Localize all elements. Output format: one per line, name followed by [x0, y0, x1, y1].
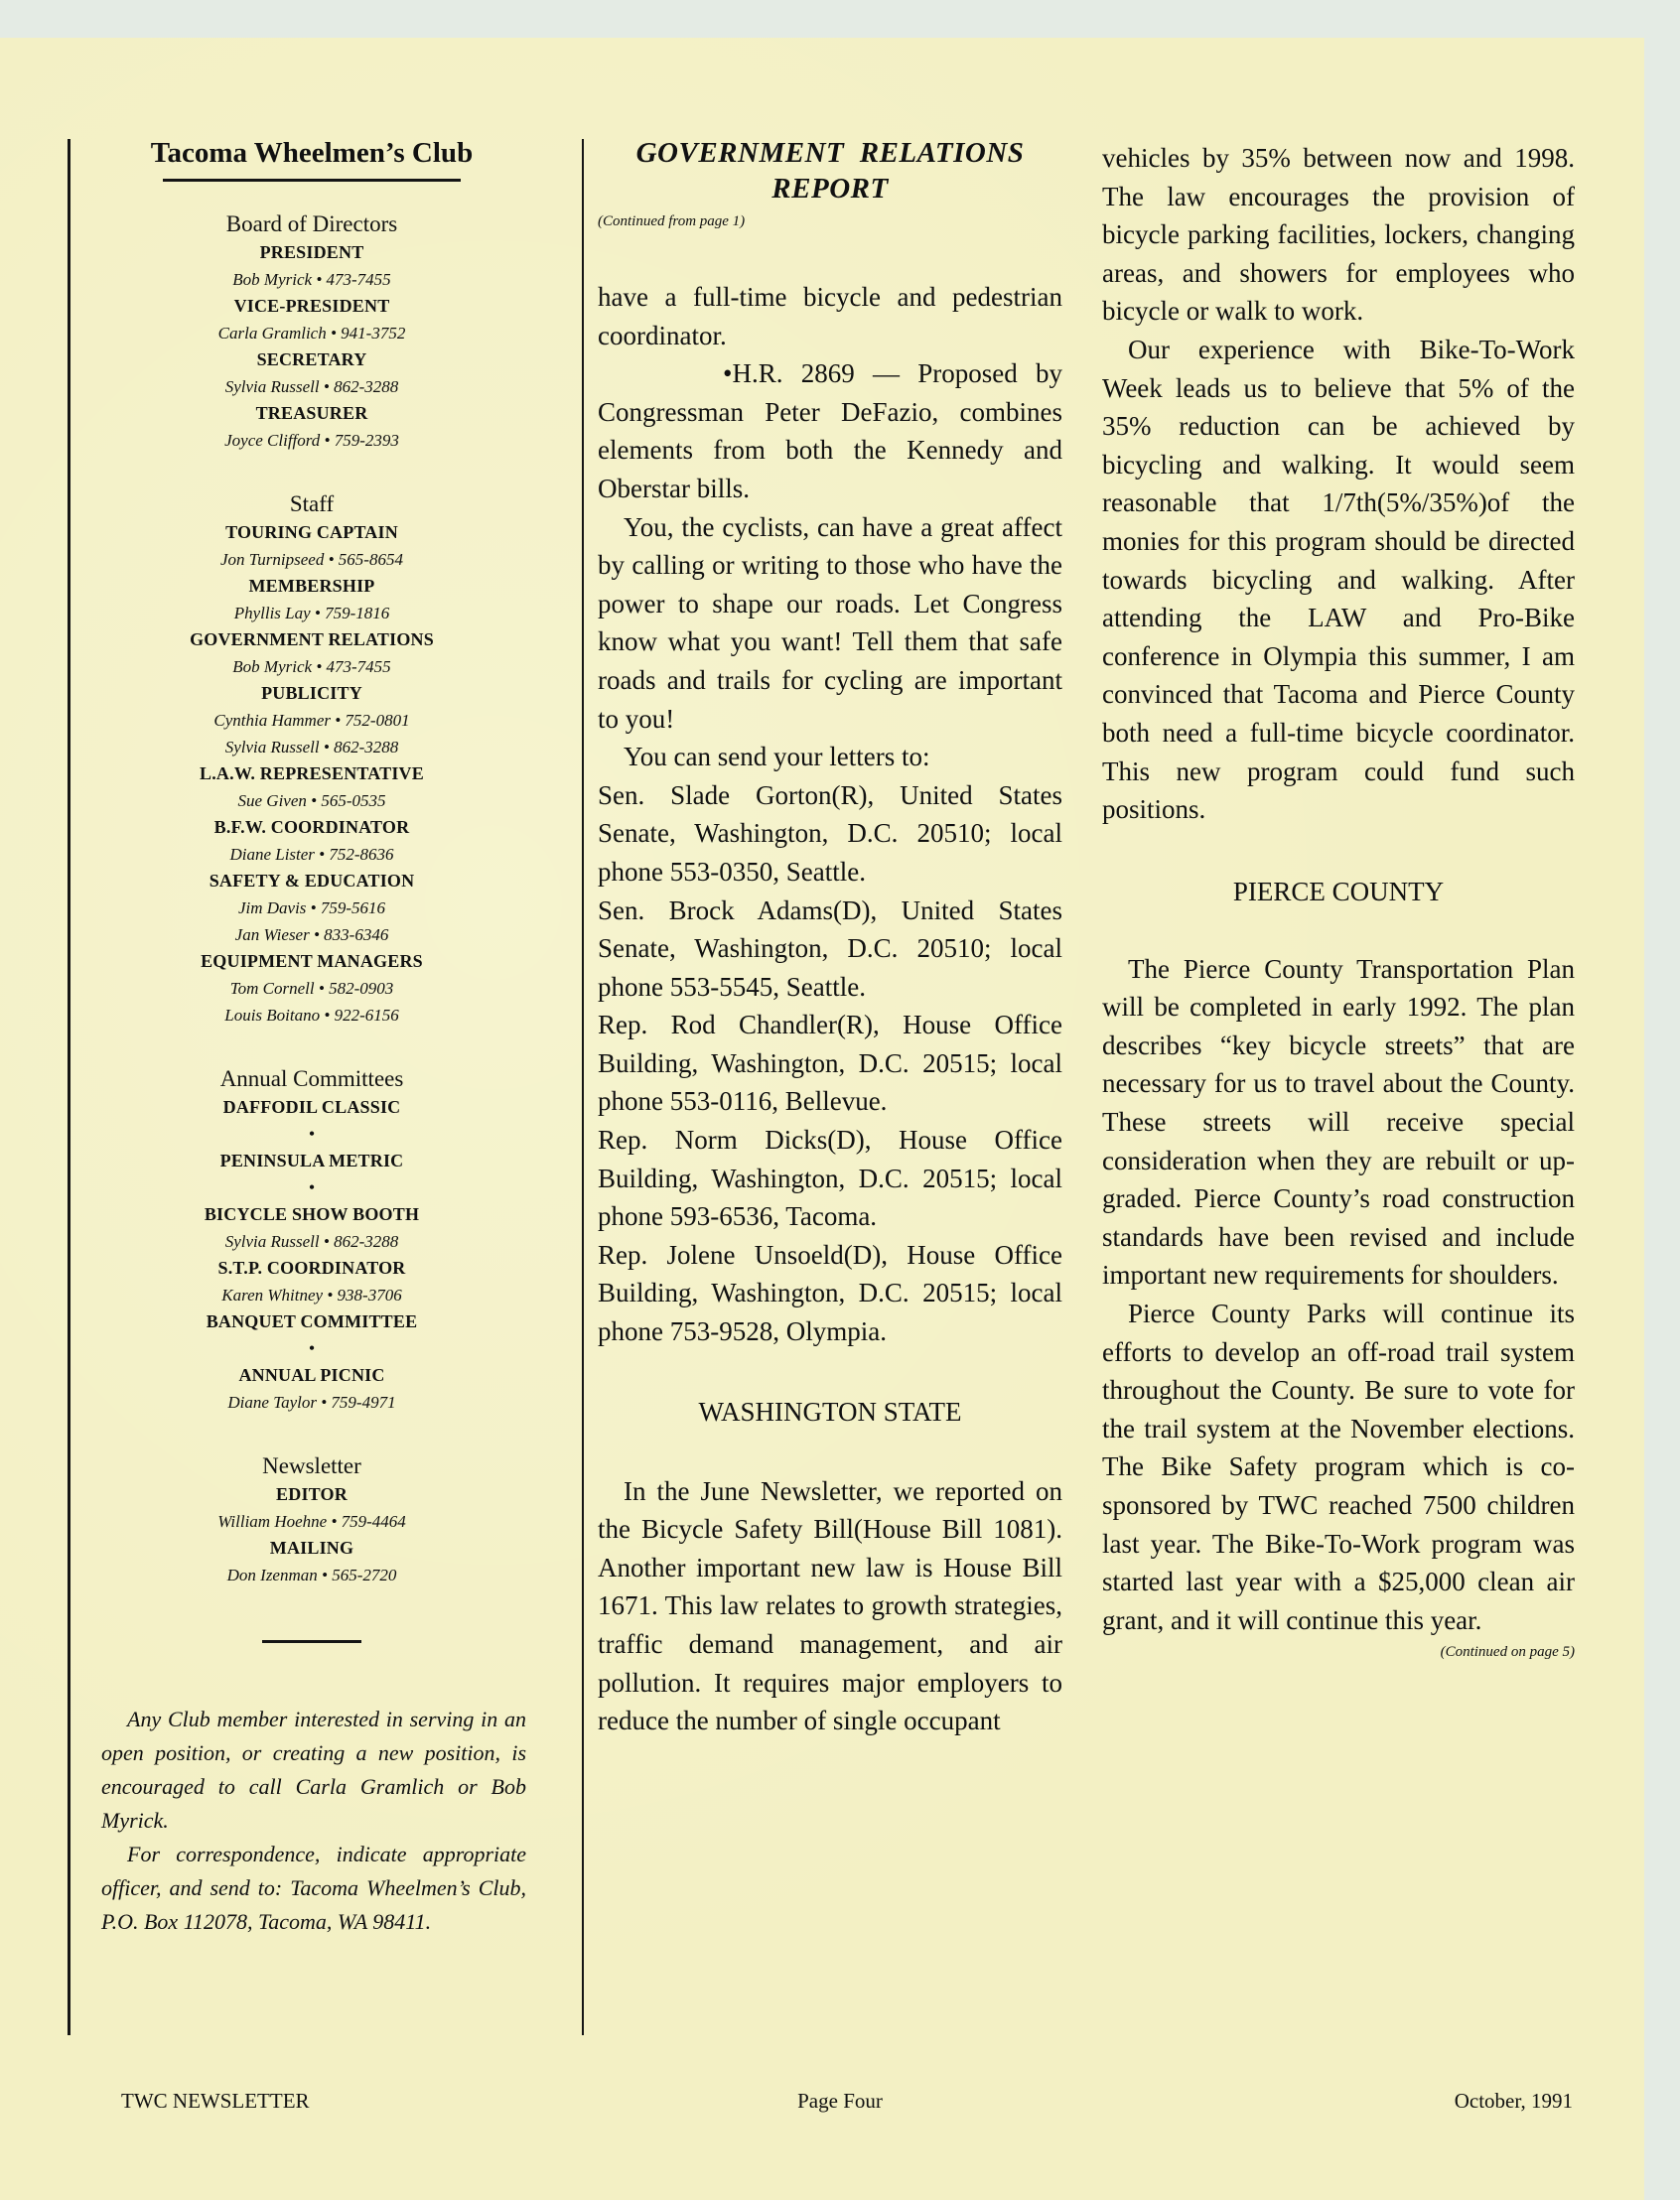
article-paragraph: •H.R. 2869 — Proposed by Congressman Pet… — [598, 354, 1062, 507]
article-title-line1: GOVERNMENT RELATIONS — [636, 137, 1025, 169]
directory-role: EDITOR — [93, 1481, 530, 1508]
section-divider — [262, 1640, 361, 1643]
correspondence-note: For correspondence, indicate appropriate… — [101, 1838, 526, 1939]
directory-role: VICE-PRESIDENT — [93, 293, 530, 320]
article-paragraph: vehicles by 35% between now and 1998. Th… — [1102, 139, 1575, 331]
article-paragraph: have a full-time bicycle and pedestrian … — [598, 278, 1062, 354]
directory-role: PRESIDENT — [93, 239, 530, 266]
directory-role: SECRETARY — [93, 346, 530, 373]
directory-contact: Bob Myrick • 473-7455 — [93, 653, 530, 680]
directory-role: PENINSULA METRIC — [93, 1148, 530, 1174]
directory-contact: Bob Myrick • 473-7455 — [93, 266, 530, 293]
left-column-rule — [68, 139, 70, 2035]
directory-role: S.T.P. COORDINATOR — [93, 1255, 530, 1282]
directory-contact: Jan Wieser • 833-6346 — [93, 921, 530, 948]
article-paragraph: You can send your letters to: — [598, 738, 1062, 776]
directory-contact: Diane Taylor • 759-4971 — [93, 1389, 530, 1416]
article-column-2: vehicles by 35% between now and 1998. Th… — [1102, 139, 1575, 1663]
directory-role: SAFETY & EDUCATION — [93, 868, 530, 894]
directory-contact: Sylvia Russell • 862-3288 — [93, 734, 530, 760]
article-paragraph: You, the cyclists, can have a great affe… — [598, 508, 1062, 739]
pierce-county-heading: PIERCE COUNTY — [1102, 873, 1575, 910]
washington-state-heading: WASHINGTON STATE — [598, 1393, 1062, 1431]
pierce-county-body: The Pierce County Transportation Plan wi… — [1102, 950, 1575, 1640]
directory-contact: Diane Lister • 752-8636 — [93, 841, 530, 868]
continued-on-note: (Continued on page 5) — [1102, 1641, 1575, 1663]
directory-role: L.A.W. REPRESENTATIVE — [93, 760, 530, 787]
article-paragraph: Sen. Brock Adams(D), United States Senat… — [598, 892, 1062, 1007]
directory-contact: Cynthia Hammer • 752-0801 — [93, 707, 530, 734]
directory-contact: Phyllis Lay • 759-1816 — [93, 600, 530, 626]
directory-contact: Louis Boitano • 922-6156 — [93, 1002, 530, 1029]
pierce-paragraph: Pierce County Parks will continue its ef… — [1102, 1295, 1575, 1639]
club-notice: Any Club member interested in serving in… — [93, 1703, 530, 1939]
directory-contact: Joyce Clifford • 759-2393 — [93, 427, 530, 454]
directory-role: TOURING CAPTAIN — [93, 519, 530, 546]
directory-contact: Sue Given • 565-0535 — [93, 787, 530, 814]
article-body-1: have a full-time bicycle and pedestrian … — [598, 278, 1062, 1351]
directory-role: MAILING — [93, 1535, 530, 1562]
open-position-note: Any Club member interested in serving in… — [101, 1703, 526, 1838]
directory-group-heading: Newsletter — [93, 1451, 530, 1481]
directory-group-heading: Staff — [93, 489, 530, 519]
directory-contact: Sylvia Russell • 862-3288 — [93, 1228, 530, 1255]
directory-role: B.F.W. COORDINATOR — [93, 814, 530, 841]
directory-role: MEMBERSHIP — [93, 573, 530, 600]
directory-role: BICYCLE SHOW BOOTH — [93, 1201, 530, 1228]
washington-state-body: In the June Newsletter, we reported on t… — [598, 1472, 1062, 1740]
washington-paragraph: In the June Newsletter, we reported on t… — [598, 1472, 1062, 1740]
directory-role: GOVERNMENT RELATIONS — [93, 626, 530, 653]
vacant-marker: • — [93, 1174, 530, 1201]
directory-contact: Jon Turnipseed • 565-8654 — [93, 546, 530, 573]
vacant-marker: • — [93, 1121, 530, 1148]
club-name: Tacoma Wheelmen’s Club — [93, 135, 530, 171]
article-body-2: vehicles by 35% between now and 1998. Th… — [1102, 139, 1575, 829]
directory-role: DAFFODIL CLASSIC — [93, 1094, 530, 1121]
pierce-paragraph: The Pierce County Transportation Plan wi… — [1102, 950, 1575, 1295]
directory-groups: Board of DirectorsPRESIDENTBob Myrick • … — [93, 209, 530, 1588]
article-title-line2: REPORT — [771, 173, 888, 205]
directory-contact: Don Izenman • 565-2720 — [93, 1562, 530, 1588]
club-directory: Tacoma Wheelmen’s Club Board of Director… — [93, 135, 530, 1939]
directory-contact: William Hoehne • 759-4464 — [93, 1508, 530, 1535]
footer-page-number: Page Four — [0, 2087, 1680, 2115]
directory-role: EQUIPMENT MANAGERS — [93, 948, 530, 975]
article-paragraph: Our experience with Bike-To-Work Week le… — [1102, 331, 1575, 829]
directory-group-heading: Board of Directors — [93, 209, 530, 239]
article-paragraph: Rep. Jolene Unsoeld(D), House Office Bui… — [598, 1236, 1062, 1351]
article-paragraph: Sen. Slade Gorton(R), United States Sena… — [598, 776, 1062, 892]
directory-contact: Sylvia Russell • 862-3288 — [93, 373, 530, 400]
footer-date: October, 1991 — [1455, 2087, 1573, 2115]
directory-role: TREASURER — [93, 400, 530, 427]
article-paragraph: Rep. Rod Chandler(R), House Office Build… — [598, 1006, 1062, 1121]
article-column-1: GOVERNMENT RELATIONS REPORT (Continued f… — [598, 135, 1062, 1740]
continued-from-note: (Continued from page 1) — [598, 210, 1062, 232]
directory-contact: Carla Gramlich • 941-3752 — [93, 320, 530, 346]
directory-group-heading: Annual Committees — [93, 1064, 530, 1094]
article-title: GOVERNMENT RELATIONS REPORT — [598, 135, 1062, 206]
directory-contact: Karen Whitney • 938-3706 — [93, 1282, 530, 1308]
middle-column-rule — [582, 139, 584, 2035]
article-paragraph: Rep. Norm Dicks(D), House Office Buildin… — [598, 1121, 1062, 1236]
directory-role: PUBLICITY — [93, 680, 530, 707]
vacant-marker: • — [93, 1335, 530, 1362]
directory-contact: Jim Davis • 759-5616 — [93, 894, 530, 921]
directory-role: ANNUAL PICNIC — [93, 1362, 530, 1389]
directory-contact: Tom Cornell • 582-0903 — [93, 975, 530, 1002]
directory-role: BANQUET COMMITTEE — [93, 1308, 530, 1335]
title-underline — [163, 179, 461, 182]
